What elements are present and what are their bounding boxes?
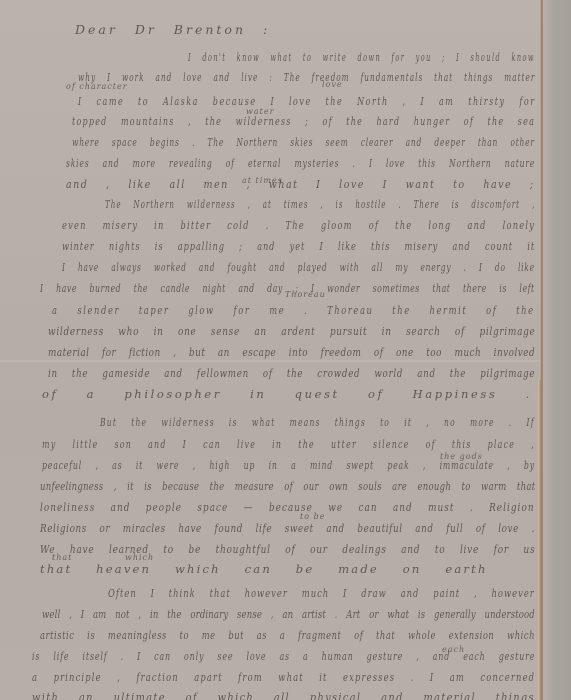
letter-line: my little son and I can live in the utte… (42, 437, 535, 451)
insertion: Thoreau (285, 290, 326, 299)
letter-line: with an ultimate of which all physical a… (32, 690, 535, 700)
letter-line: and , like all men , what I love I want … (66, 177, 535, 191)
letter-line: where space begins . The Northern skies … (72, 135, 535, 149)
insertion: each (442, 645, 465, 654)
insertion: of character (66, 82, 128, 91)
salutation: Dear Dr Brenton : (75, 22, 270, 37)
letter-line: skies and more revealing of eternal myst… (66, 156, 535, 170)
letter-line: that heaven which can be made on earth (40, 562, 488, 576)
letter-line: I don't know what to write down for you … (188, 50, 535, 64)
letter-line: a slender taper glow for me . Thoreau th… (52, 303, 535, 317)
letter-line: well , I am not , in the ordinary sense … (42, 607, 535, 621)
insertion: which (125, 553, 154, 562)
insertion: at times (242, 176, 283, 185)
letter-line: wilderness who in one sense an ardent pu… (48, 324, 536, 338)
letter-line: peaceful , as it were , high up in a min… (42, 458, 535, 472)
letter-line: winter nights is appalling ; and yet I l… (62, 239, 535, 253)
letter-line: loneliness and people space — because we… (40, 500, 535, 514)
letter-line: The Northern wilderness , at times , is … (105, 197, 535, 211)
insertion: that (52, 553, 72, 562)
page-edge-lower (538, 380, 541, 700)
insertion: to be (300, 512, 325, 521)
letter-line: of a philosopher in quest of Happiness . (42, 387, 532, 401)
letter-line: in the gameside and fellowmen of the cro… (48, 366, 535, 380)
paper-fold (0, 360, 543, 362)
insertion: love (322, 80, 343, 89)
background-surface (543, 0, 571, 700)
letter-line: We have learned to be thoughtful of our … (40, 542, 535, 556)
letter-line: Often I think that however much I draw a… (108, 586, 535, 600)
letter-line: unfeelingness , it is because the measur… (40, 479, 535, 493)
letter-line: Religions or miracles have found life sw… (40, 521, 535, 535)
letter-page: Dear Dr Brenton : I don't know what to w… (0, 0, 543, 700)
letter-line: topped mountains , the wilderness ; of t… (72, 114, 535, 128)
letter-line: I came to Alaska because I love the Nort… (78, 94, 536, 108)
letter-line: But the wilderness is what means things … (100, 415, 535, 429)
letter-line: I have always worked and fought and play… (62, 260, 535, 274)
letter-line: material for fiction , but an escape int… (48, 345, 535, 359)
letter-line: artistic is meaningless to me but as a f… (40, 628, 535, 642)
letter-line: why I work and love and live : The freed… (78, 70, 535, 84)
letter-line: a principle , fraction apart from what i… (32, 670, 535, 684)
letter-line: even misery in bitter cold . The gloom o… (62, 218, 535, 232)
